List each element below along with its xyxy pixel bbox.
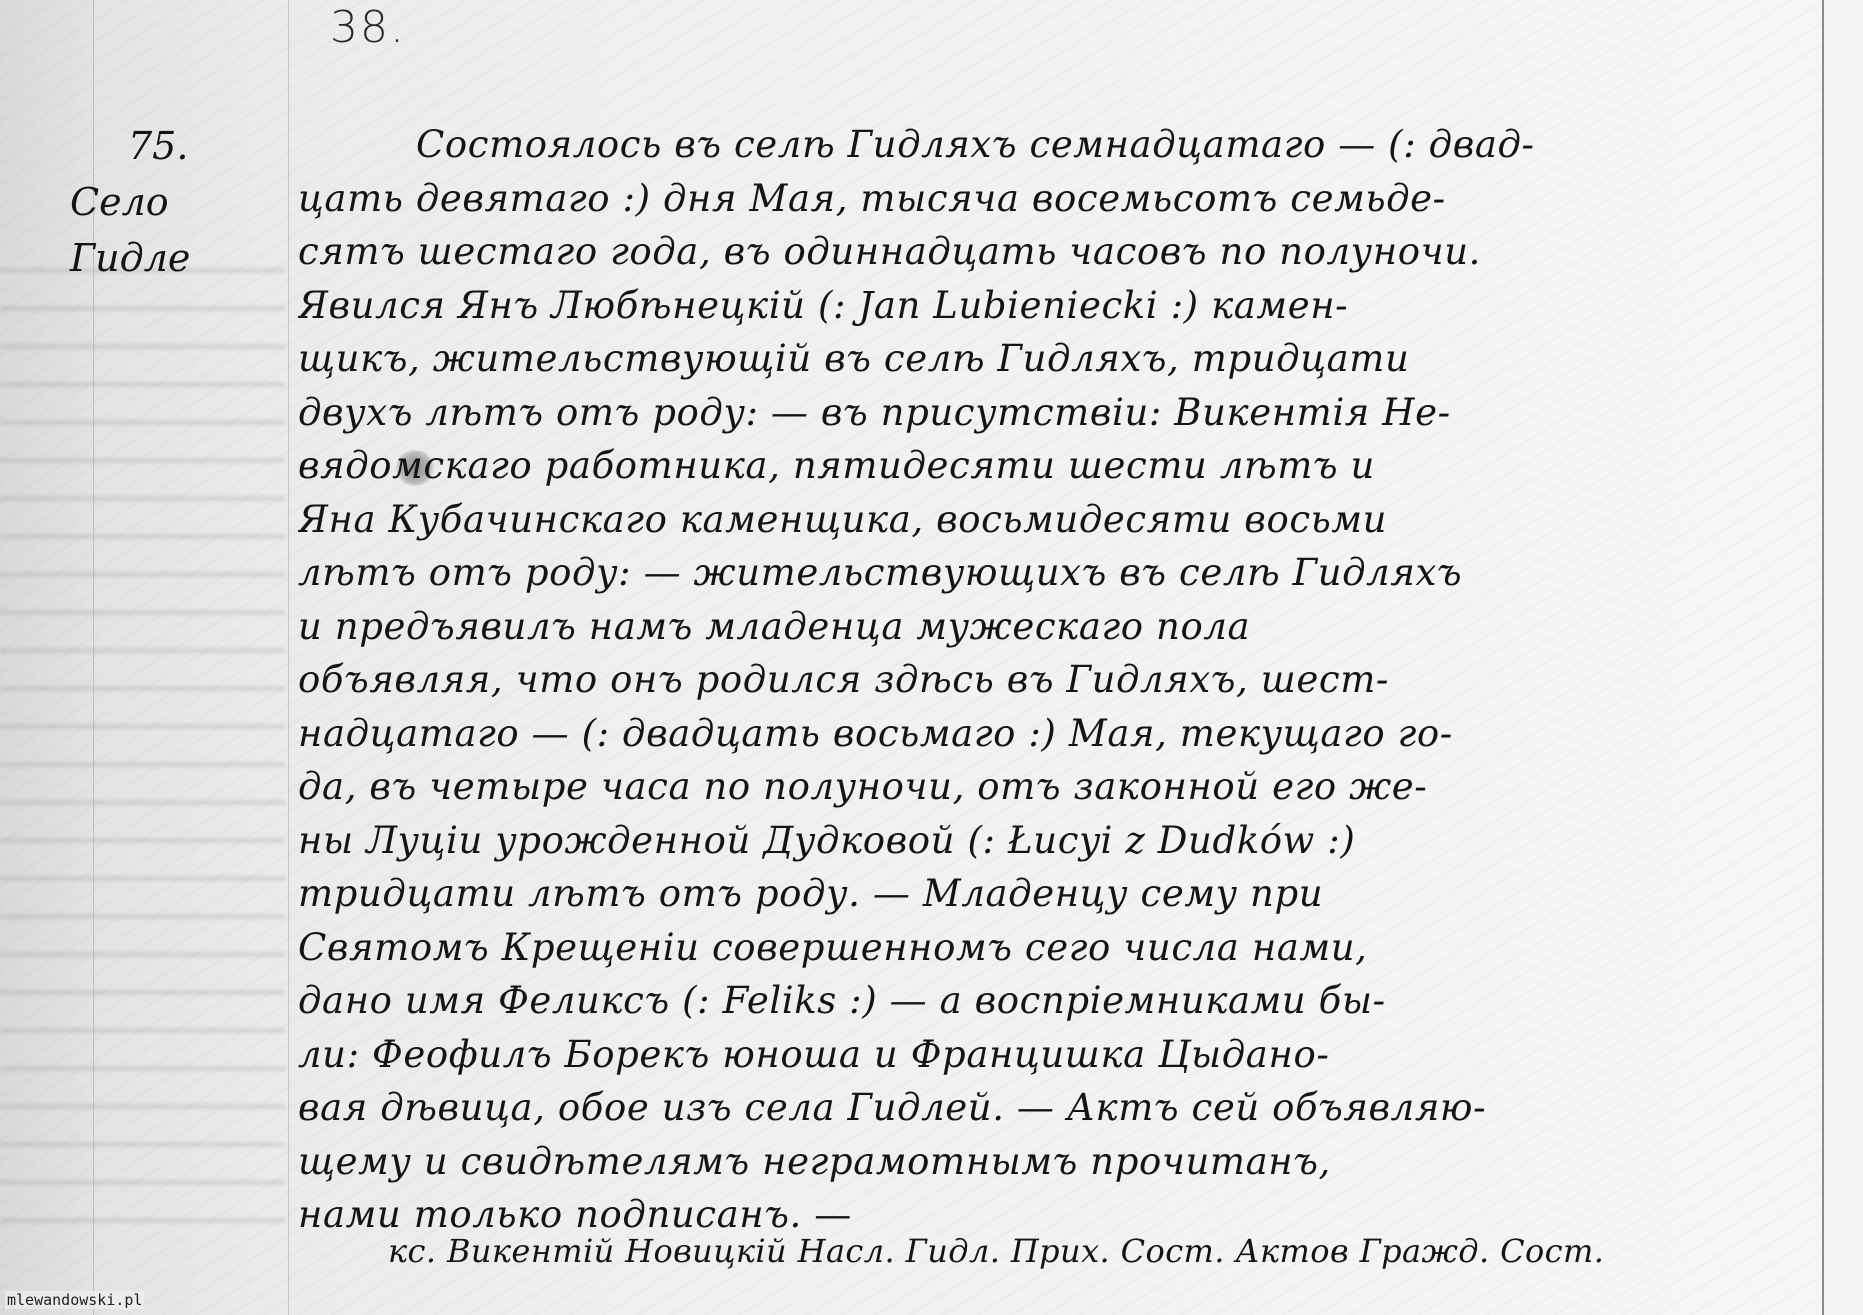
scan-margin xyxy=(1824,0,1863,1315)
body-line: и предъявилъ намъ младенца мужескаго пол… xyxy=(298,600,1813,654)
body-line: вая дѣвица, обое изъ села Гидлей. — Актъ… xyxy=(298,1081,1813,1135)
document-page: 38. 75. Село Гидле Состоялось въ селѣ Ги… xyxy=(0,0,1822,1315)
margin-annotation: 75. Село Гидле xyxy=(70,118,280,286)
body-line: Явился Янъ Любѣнецкій (: Jan Lubieniecki… xyxy=(298,279,1813,333)
village-label: Село xyxy=(70,174,280,230)
signature-line: кс. Викентій Новицкій Насл. Гидл. Прих. … xyxy=(388,1232,1604,1270)
body-line: да, въ четыре часа по полуночи, отъ зако… xyxy=(298,760,1813,814)
body-line: вядомскаго работника, пятидесяти шести л… xyxy=(298,439,1813,493)
watermark: mlewandowski.pl xyxy=(5,1291,144,1309)
bleed-through-text xyxy=(0,250,285,1250)
body-line: лѣтъ отъ роду: — жительствующихъ въ селѣ… xyxy=(298,546,1813,600)
body-line: Состоялось въ селѣ Гидляхъ семнадцатаго … xyxy=(298,118,1813,172)
body-line: надцатаго — (: двадцать восьмаго :) Мая,… xyxy=(298,707,1813,761)
body-line: сятъ шестаго года, въ одиннадцать часовъ… xyxy=(298,225,1813,279)
body-line: щему и свидѣтелямъ неграмотнымъ прочитан… xyxy=(298,1135,1813,1189)
body-line: ли: Феофилъ Борекъ юноша и Францишка Цыд… xyxy=(298,1028,1813,1082)
body-line: ны Луціи урожденной Дудковой (: Łucyi z … xyxy=(298,814,1813,868)
body-line: цать девятаго :) дня Мая, тысяча восемьс… xyxy=(298,172,1813,226)
body-line: объявляя, что онъ родился здѣсь въ Гидля… xyxy=(298,653,1813,707)
record-body: Состоялось въ селѣ Гидляхъ семнадцатаго … xyxy=(298,118,1813,1242)
body-line: двухъ лѣтъ отъ роду: — въ присутствіи: В… xyxy=(298,386,1813,440)
village-name: Гидле xyxy=(70,230,280,286)
page-number: 38. xyxy=(330,2,406,53)
entry-number: 75. xyxy=(70,118,280,174)
ruling-line-margin xyxy=(288,0,289,1315)
body-line: Святомъ Крещеніи совершенномъ сего числа… xyxy=(298,921,1813,975)
body-line: дано имя Феликсъ (: Feliks :) — а воспрі… xyxy=(298,974,1813,1028)
body-line: щикъ, жительствующій въ селѣ Гидляхъ, тр… xyxy=(298,332,1813,386)
body-line: Яна Кубачинскаго каменщика, восьмидесяти… xyxy=(298,493,1813,547)
body-line: тридцати лѣтъ отъ роду. — Младенцу сему … xyxy=(298,867,1813,921)
